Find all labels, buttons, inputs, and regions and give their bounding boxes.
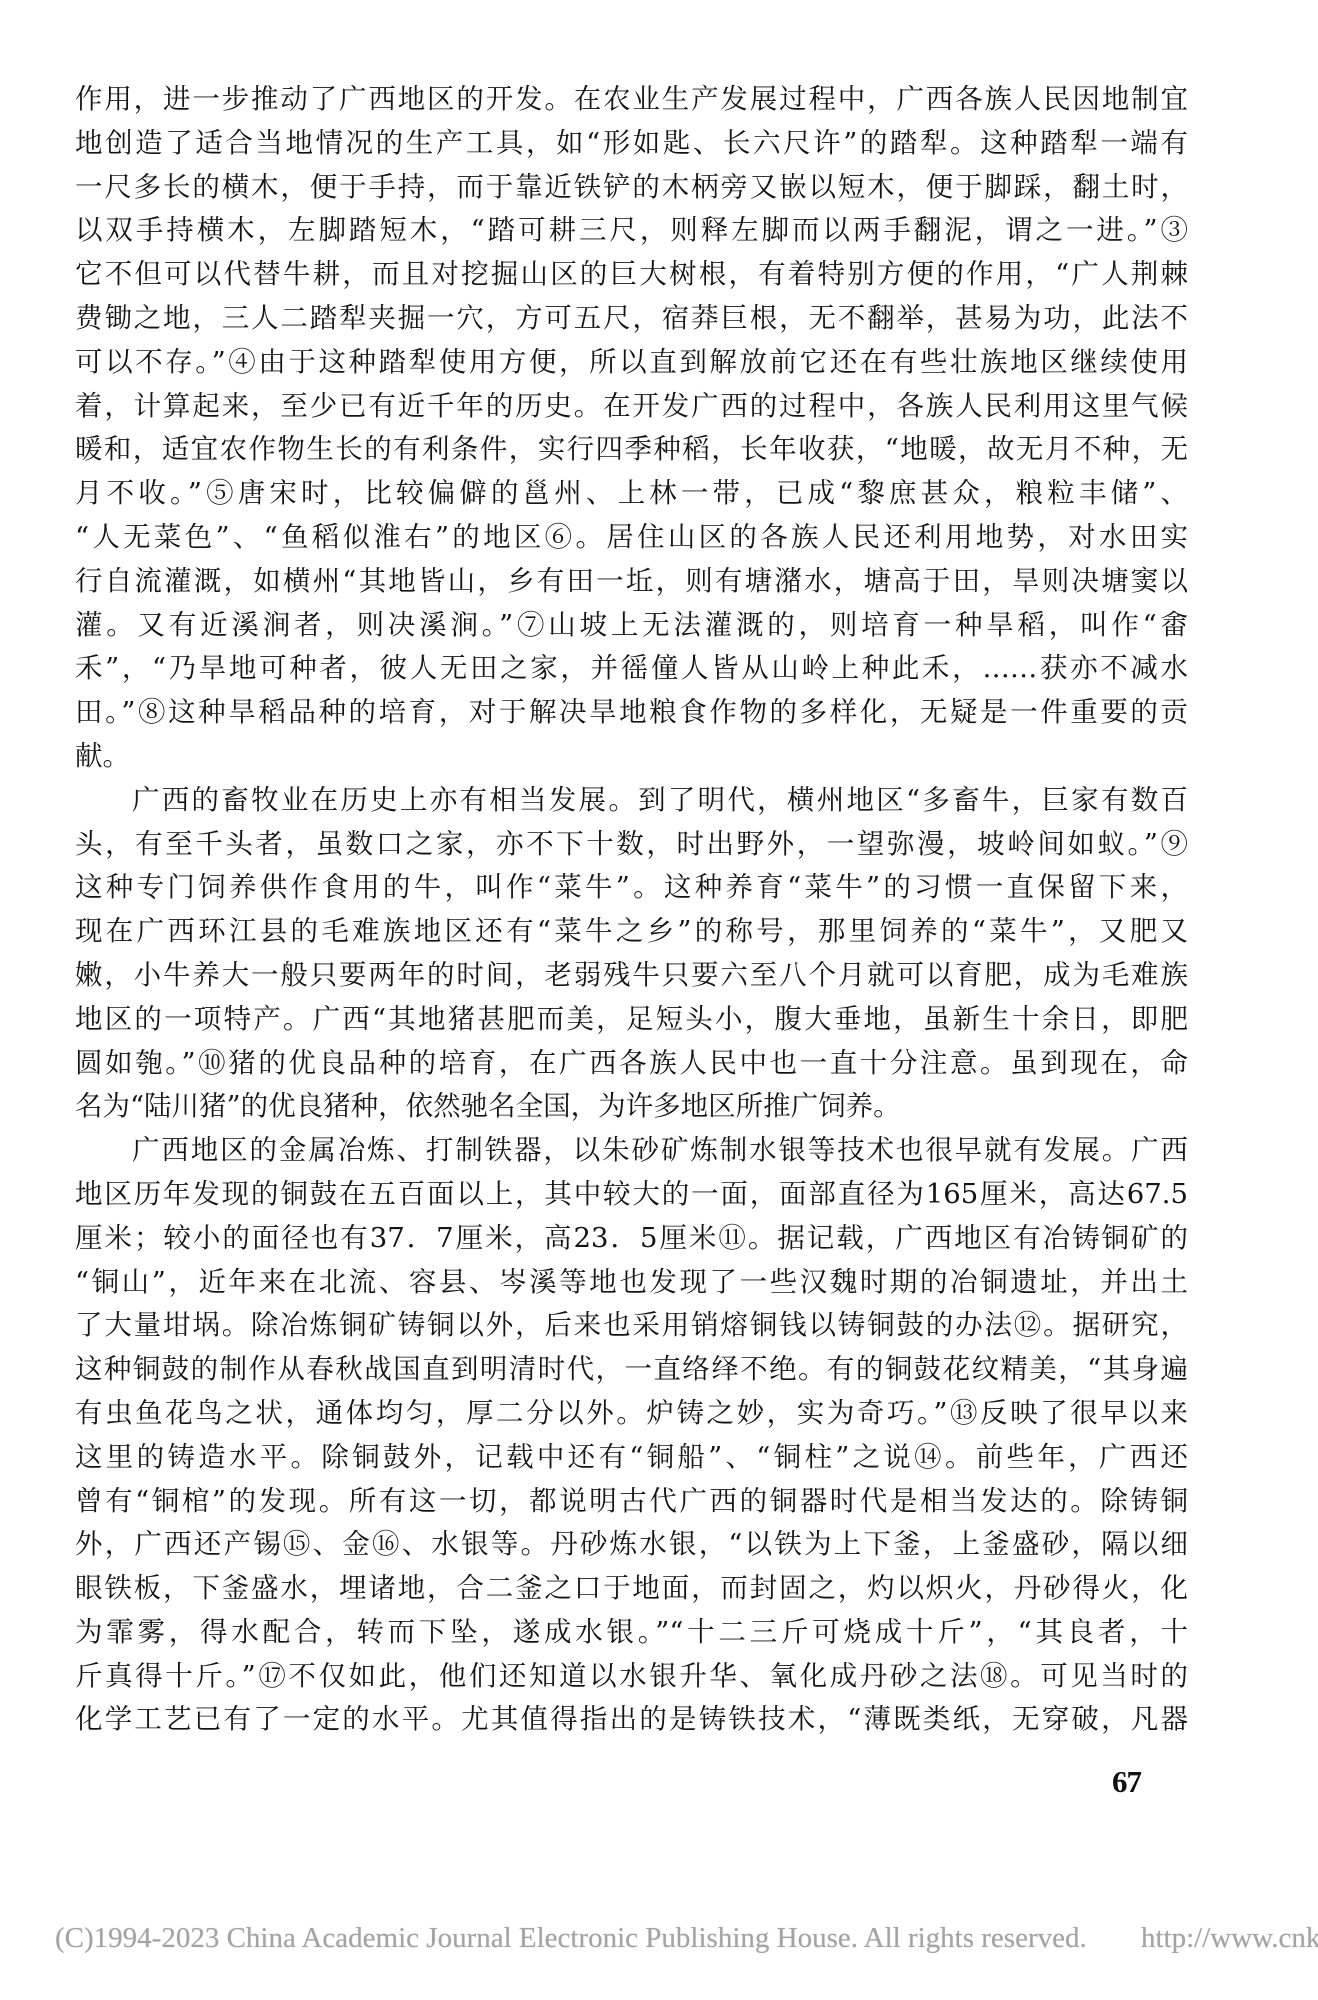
text-line: 外，广西还产锡⑮、金⑯、水银等。丹砂炼水银，“以铁为上下釜，上釜盛砂，隔以细 <box>75 1523 1188 1567</box>
text-line: 广西地区的金属冶炼、打制铁器，以朱砂矿炼制水银等技术也很早就有发展。广西 <box>75 1129 1188 1173</box>
text-line: 嫩，小牛养大一般只要两年的时间，老弱残牛只要六至八个月就可以育肥，成为毛难族 <box>75 954 1188 998</box>
text-line: 费锄之地，三人二踏犁夹掘一穴，方可五尺，宿莽巨根，无不翻举，甚易为功，此法不 <box>75 297 1188 341</box>
text-line: 暖和，适宜农作物生长的有利条件，实行四季种稻，长年收获，“地暖，故无月不种，无 <box>75 428 1188 472</box>
page-number: 67 <box>1112 1766 1141 1797</box>
text-line: 灌。又有近溪涧者，则决溪涧。”⑦山坡上无法灌溉的，则培育一种旱稻，叫作“畬 <box>75 604 1188 648</box>
text-line: 头，有至千头者，虽数口之家，亦不下十数，时出野外，一望弥漫，坡岭间如蚁。”⑨ <box>75 823 1188 867</box>
text-line: 献。 <box>75 735 1188 779</box>
text-line: 圆如匏。”⑩猪的优良品种的培育，在广西各族人民中也一直十分注意。虽到现在，命 <box>75 1042 1188 1086</box>
text-line: 禾”，“乃旱地可种者，彼人无田之家，并徭僮人皆从山岭上种此禾，……获亦不减水 <box>75 647 1188 691</box>
text-line: 化学工艺已有了一定的水平。尤其值得指出的是铸铁技术，“薄既类纸，无穿破，凡器 <box>75 1698 1188 1742</box>
footer-url-link[interactable]: http://www.cnk <box>1141 1924 1318 1953</box>
text-line: 名为“陆川猪”的优良猪种，依然驰名全国，为许多地区所推广饲养。 <box>75 1085 1188 1129</box>
text-line: “人无菜色”、“鱼稻似淮右”的地区⑥。居住山区的各族人民还利用地势，对水田实 <box>75 516 1188 560</box>
text-line: 厘米；较小的面径也有37．7厘米，高23．5厘米⑪。据记载，广西地区有冶铸铜矿的 <box>75 1217 1188 1261</box>
text-line: 地创造了适合当地情况的生产工具，如“形如匙、长六尺许”的踏犁。这种踏犁一端有 <box>75 122 1188 166</box>
text-line: 为霏雾，得水配合，转而下坠，遂成水银。”“十二三斤可烧成十斤”，“其良者，十 <box>75 1611 1188 1655</box>
paragraph-agriculture: 作用，进一步推动了广西地区的开发。在农业生产发展过程中，广西各族人民因地制宜 地… <box>75 78 1188 779</box>
text-line: 这种专门饲养供作食用的牛，叫作“菜牛”。这种养育“菜牛”的习惯一直保留下来， <box>75 866 1188 910</box>
text-line: 广西的畜牧业在历史上亦有相当发展。到了明代，横州地区“多畜牛，巨家有数百 <box>75 779 1188 823</box>
footer-copyright: (C)1994-2023 China Academic Journal Elec… <box>55 1924 1087 1953</box>
paragraph-metallurgy: 广西地区的金属冶炼、打制铁器，以朱砂矿炼制水银等技术也很早就有发展。广西 地区历… <box>75 1129 1188 1742</box>
text-line: 可以不存。”④由于这种踏犁使用方便，所以直到解放前它还在有些壮族地区继续使用 <box>75 341 1188 385</box>
text-line: 眼铁板，下釜盛水，埋诸地，合二釜之口于地面，而封固之，灼以炽火，丹砂得火，化 <box>75 1567 1188 1611</box>
body-text: 作用，进一步推动了广西地区的开发。在农业生产发展过程中，广西各族人民因地制宜 地… <box>75 78 1188 1742</box>
text-line: 现在广西环江县的毛难族地区还有“菜牛之乡”的称号，那里饲养的“菜牛”，又肥又 <box>75 910 1188 954</box>
text-line: 一尺多长的横木，便于手持，而于靠近铁铲的木柄旁又嵌以短木，便于脚踩，翻土时， <box>75 166 1188 210</box>
text-line: 地区历年发现的铜鼓在五百面以上，其中较大的一面，面部直径为165厘米，高达67.… <box>75 1173 1188 1217</box>
scanned-page: 作用，进一步推动了广西地区的开发。在农业生产发展过程中，广西各族人民因地制宜 地… <box>0 0 1318 2000</box>
text-line: 了大量坩埚。除冶炼铜矿铸铜以外，后来也采用销熔铜钱以铸铜鼓的办法⑫。据研究， <box>75 1304 1188 1348</box>
text-line: 地区的一项特产。广西“其地猪甚肥而美，足短头小，腹大垂地，虽新生十余日，即肥 <box>75 998 1188 1042</box>
text-line: 这种铜鼓的制作从春秋战国直到明清时代，一直络绎不绝。有的铜鼓花纹精美，“其身遍 <box>75 1348 1188 1392</box>
text-line: 作用，进一步推动了广西地区的开发。在农业生产发展过程中，广西各族人民因地制宜 <box>75 78 1188 122</box>
text-line: “铜山”，近年来在北流、容县、岑溪等地也发现了一些汉魏时期的冶铜遗址，并出土 <box>75 1261 1188 1305</box>
text-line: 以双手持横木，左脚踏短木，“踏可耕三尺，则释左脚而以两手翻泥，谓之一进。”③ <box>75 209 1188 253</box>
text-line: 曾有“铜棺”的发现。所有这一切，都说明古代广西的铜器时代是相当发达的。除铸铜 <box>75 1480 1188 1524</box>
text-line: 这里的铸造水平。除铜鼓外，记载中还有“铜船”、“铜柱”之说⑭。前些年，广西还 <box>75 1436 1188 1480</box>
paragraph-livestock: 广西的畜牧业在历史上亦有相当发展。到了明代，横州地区“多畜牛，巨家有数百 头，有… <box>75 779 1188 1129</box>
text-line: 斤真得十斤。”⑰不仅如此，他们还知道以水银升华、氧化成丹砂之法⑱。可见当时的 <box>75 1655 1188 1699</box>
text-line: 它不但可以代替牛耕，而且对挖掘山区的巨大树根，有着特别方便的作用，“广人荆棘 <box>75 253 1188 297</box>
text-line: 着，计算起来，至少已有近千年的历史。在开发广西的过程中，各族人民利用这里气候 <box>75 385 1188 429</box>
text-line: 田。”⑧这种旱稻品种的培育，对于解决旱地粮食作物的多样化，无疑是一件重要的贡 <box>75 691 1188 735</box>
text-line: 月不收。”⑤唐宋时，比较偏僻的邕州、上林一带，已成“黎庶甚众，粮粒丰储”、 <box>75 472 1188 516</box>
text-line: 行自流灌溉，如横州“其地皆山，乡有田一坵，则有塘潴水，塘高于田，旱则决塘窦以 <box>75 560 1188 604</box>
text-line: 有虫鱼花鸟之状，通体均匀，厚二分以外。炉铸之妙，实为奇巧。”⑬反映了很早以来 <box>75 1392 1188 1436</box>
